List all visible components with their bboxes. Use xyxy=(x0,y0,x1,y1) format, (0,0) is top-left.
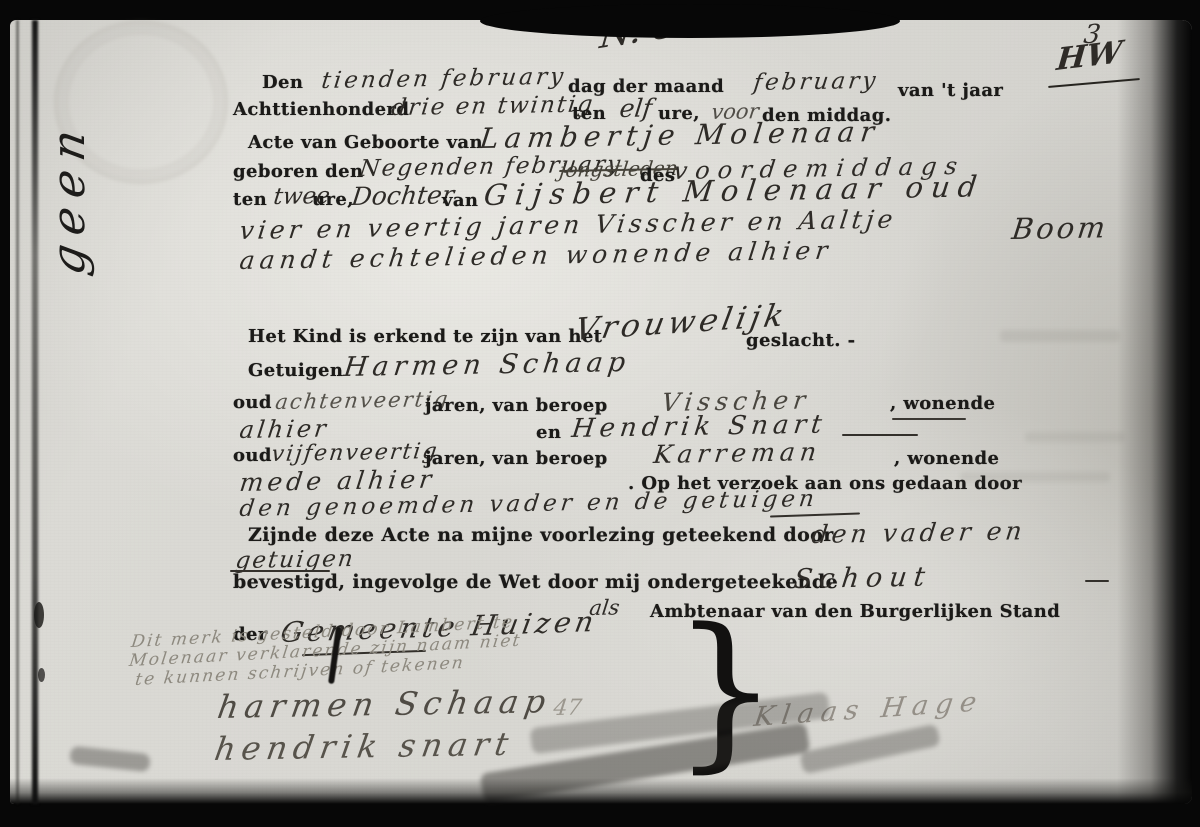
page-edge-right xyxy=(1117,20,1192,804)
binding-ink-blot xyxy=(38,668,45,682)
printed-wonende1: , wonende xyxy=(890,393,995,414)
printed-jaren-beroep1: jaren, van beroep xyxy=(425,395,608,416)
printed-wonende2: , wonende xyxy=(894,448,999,469)
hw-official-title: Schout xyxy=(792,562,934,595)
bleedthrough-mark xyxy=(960,472,1110,482)
printed-achttienhonderd: Achttienhonderd xyxy=(233,99,409,120)
witness2-dash xyxy=(842,434,918,436)
bleedthrough-mark xyxy=(1000,330,1120,342)
hw-signers: den vader en xyxy=(810,516,1028,549)
signature-witness2: hendrik snart xyxy=(212,725,517,768)
bleedthrough-mark xyxy=(1025,432,1125,442)
printed-getuigen: Getuigen xyxy=(248,360,343,381)
printed-van-t-jaar: van 't jaar xyxy=(898,80,1003,101)
hw-place1: alhier xyxy=(238,414,330,444)
hw-month: february xyxy=(752,68,880,96)
printed-ure2: ure, xyxy=(312,189,354,210)
printed-bevestigd: bevestigd, ingevolge de Wet door mij ond… xyxy=(233,571,838,593)
page-edge-top xyxy=(480,4,900,38)
printed-het-kind: Het Kind is erkend te zijn van het xyxy=(248,326,602,347)
printed-geboren-den: geboren den xyxy=(233,161,363,182)
hw-witness1: Harmen Schaap xyxy=(342,347,632,383)
hw-mother-surname: Boom xyxy=(1010,210,1110,246)
printed-van: van xyxy=(442,190,478,211)
hw-child-type: Dochter xyxy=(350,180,456,211)
hw-year: drie en twintig xyxy=(390,91,596,121)
printed-den: Den xyxy=(262,72,303,93)
margin-annotation: geen xyxy=(41,82,95,312)
printed-acte-van-geboorte: Acte van Geboorte van xyxy=(248,132,483,153)
printed-jaren-beroep2: jaren, van beroep xyxy=(425,448,608,469)
printed-oud2: oud xyxy=(233,445,272,466)
printed-geslacht: geslacht. - xyxy=(746,330,855,351)
signature-witness1: harmen Schaap xyxy=(215,682,554,726)
printed-oud1: oud xyxy=(233,392,272,413)
printed-en: en xyxy=(536,422,561,443)
hw-day: tienden february xyxy=(320,64,568,94)
printed-ten2: ten xyxy=(233,189,267,210)
printed-zijnde: Zijnde deze Acte na mijne voorlezing get… xyxy=(248,524,834,546)
pencil-mark: 47 xyxy=(552,696,583,721)
hw-age2: vijfenveertig xyxy=(270,439,440,467)
certificate-page: N. 8 3 HW geen Den tienden february dag … xyxy=(10,20,1192,804)
hw-profession2: Karreman xyxy=(652,437,823,469)
binding-crease-outer xyxy=(16,20,19,804)
document-scan: N. 8 3 HW geen Den tienden february dag … xyxy=(0,0,1200,827)
official-dash xyxy=(1085,580,1109,582)
page-edge-bottom xyxy=(10,778,1192,804)
wonende-underline xyxy=(892,418,966,420)
binding-crease xyxy=(32,20,38,804)
hw-child-name: Lambertje Molenaar xyxy=(478,115,882,155)
